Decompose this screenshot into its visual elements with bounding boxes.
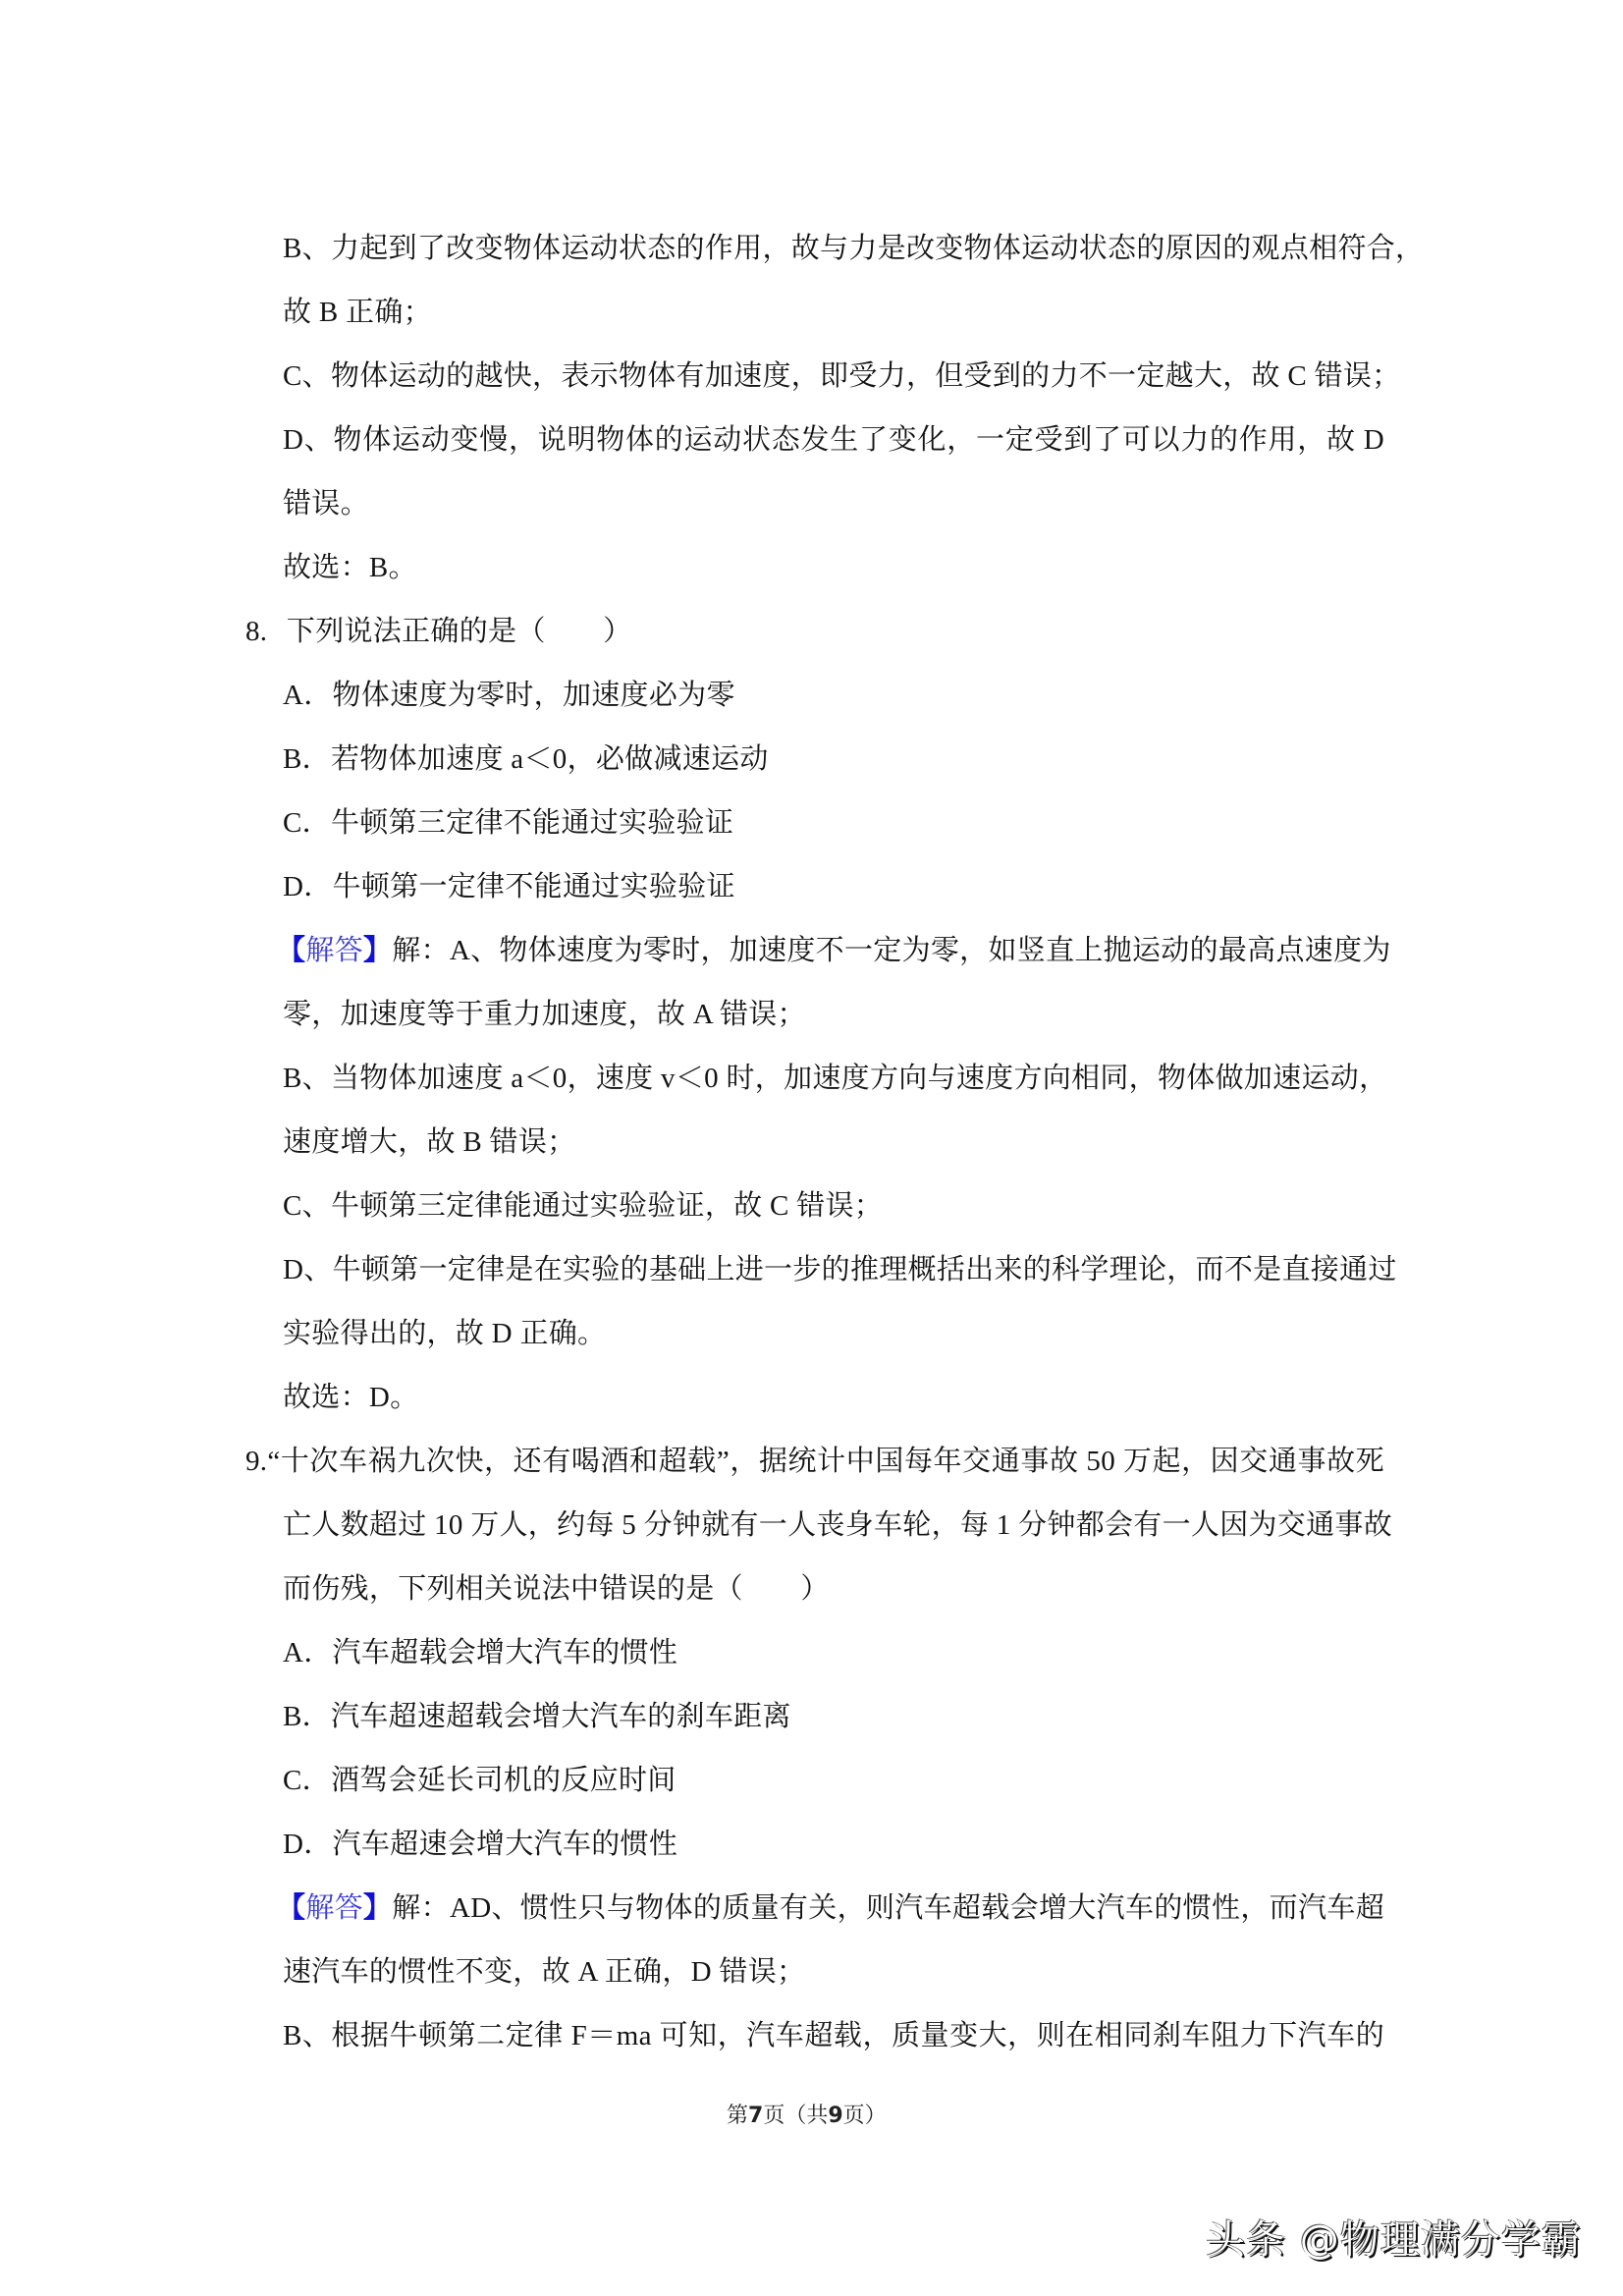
footer-suffix: 页）	[843, 2104, 887, 2128]
footer-mid: 页（共	[763, 2104, 828, 2128]
q9-option-d: D．汽车超速会增大汽车的惯性	[283, 1825, 677, 1864]
q8-number: 8.	[245, 616, 267, 647]
q7-answer-line-4: D、物体运动变慢，说明物体的运动状态发生了变化，一定受到了可以力的作用，故 D	[283, 420, 1384, 460]
document-page: B、力起到了改变物体运动状态的作用，故与力是改变物体运动状态的原因的观点相符合，…	[0, 0, 1623, 2296]
q9-answer-line-1: 【解答】解：AD、惯性只与物体的质量有关，则汽车超载会增大汽车的惯性，而汽车超	[283, 1888, 1384, 1928]
q7-answer-line-5: 错误。	[283, 484, 369, 523]
answer-tag: 【解答】	[277, 931, 392, 970]
q9-number: 9.	[245, 1446, 267, 1477]
answer-tag-open: 【	[277, 935, 305, 966]
q7-answer-line-2: 故 B 正确；	[283, 293, 432, 332]
q8-answer-text: 解：A、物体速度为零时，加速度不一定为零，如竖直上抛运动的最高点速度为	[392, 935, 1390, 966]
q8-answer-line-7: 实验得出的，故 D 正确。	[283, 1314, 606, 1353]
answer-tag-label: 解答	[305, 935, 363, 966]
answer-tag-close: 】	[363, 935, 392, 966]
q8-final-choice: 故选：D。	[283, 1378, 418, 1417]
q7-final-choice: 故选：B。	[283, 548, 417, 587]
q9-stem-line-3: 而伤残，下列相关说法中错误的是（ ）	[283, 1569, 830, 1609]
answer-tag-close: 】	[363, 1892, 392, 1924]
q9-stem-line-2: 亡人数超过 10 万人，约每 5 分钟就有一人丧身车轮，每 1 分钟都会有一人因…	[283, 1505, 1384, 1545]
answer-tag-open: 【	[277, 1892, 305, 1924]
q9-option-b: B．汽车超速超载会增大汽车的刹车距离	[283, 1697, 791, 1736]
q7-answer-line-3: C、物体运动的越快，表示物体有加速度，即受力，但受到的力不一定越大，故 C 错误…	[283, 356, 1384, 396]
q8-answer-line-5: C、牛顿第三定律能通过实验验证，故 C 错误；	[283, 1186, 883, 1226]
q9-option-c: C．酒驾会延长司机的反应时间	[283, 1761, 676, 1800]
q8-answer-line-4: 速度增大，故 B 错误；	[283, 1122, 575, 1162]
q8-answer-line-3: B、当物体加速度 a＜0，速度 v＜0 时，加速度方向与速度方向相同，物体做加速…	[283, 1059, 1384, 1098]
q8-stem-text: 下列说法正确的是（ ）	[287, 616, 632, 647]
q8-answer-line-1: 【解答】解：A、物体速度为零时，加速度不一定为零，如竖直上抛运动的最高点速度为	[283, 931, 1384, 970]
q9-answer-line-3: B、根据牛顿第二定律 F＝ma 可知，汽车超载，质量变大，则在相同刹车阻力下汽车…	[283, 2016, 1384, 2055]
total-page-number: 9	[828, 2104, 842, 2128]
current-page-number: 7	[748, 2104, 763, 2128]
q9-answer-line-2: 速汽车的惯性不变，故 A 正确，D 错误；	[283, 1952, 805, 1992]
q9-answer-text: 解：AD、惯性只与物体的质量有关，则汽车超载会增大汽车的惯性，而汽车超	[392, 1892, 1384, 1924]
q8-stem: 8. 下列说法正确的是（ ）	[245, 612, 632, 651]
q9-option-a: A．汽车超载会增大汽车的惯性	[283, 1633, 677, 1672]
answer-tag-label: 解答	[305, 1892, 363, 1924]
q8-answer-line-2: 零，加速度等于重力加速度，故 A 错误；	[283, 995, 806, 1034]
q7-answer-line-1: B、力起到了改变物体运动状态的作用，故与力是改变物体运动状态的原因的观点相符合，	[283, 229, 1384, 268]
watermark: 头条 @物理满分学霸	[1206, 2215, 1582, 2265]
q9-stem-text-1: “十次车祸九次快，还有喝酒和超载”，据统计中国每年交通事故 50 万起，因交通事…	[267, 1446, 1384, 1477]
q8-option-b: B．若物体加速度 a＜0，必做减速运动	[283, 739, 769, 779]
q8-option-d: D．牛顿第一定律不能通过实验验证	[283, 867, 735, 906]
answer-tag: 【解答】	[277, 1888, 392, 1928]
footer-prefix: 第	[727, 2104, 748, 2128]
q8-option-a: A．物体速度为零时，加速度必为零	[283, 676, 735, 715]
q8-answer-line-6: D、牛顿第一定律是在实验的基础上进一步的推理概括出来的科学理论，而不是直接通过	[283, 1250, 1384, 1289]
page-footer: 第7页（共9页）	[727, 2102, 887, 2131]
q9-stem-line-1: 9.“十次车祸九次快，还有喝酒和超载”，据统计中国每年交通事故 50 万起，因交…	[245, 1442, 1384, 1481]
q8-option-c: C．牛顿第三定律不能通过实验验证	[283, 803, 733, 843]
